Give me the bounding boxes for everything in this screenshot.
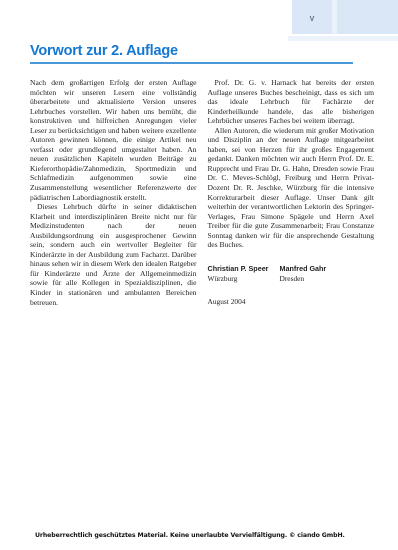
- signature-city: Würzburg: [208, 274, 280, 284]
- header-box-divider: [332, 0, 337, 34]
- signature-name: Manfred Gahr: [280, 264, 352, 274]
- book-page: V Vorwort zur 2. Auflage Nach dem großar…: [0, 0, 398, 550]
- signature: Christian P. Speer Würzburg: [208, 264, 280, 284]
- paragraph: Allen Autoren, die wiederum mit großer M…: [208, 126, 375, 250]
- date: August 2004: [208, 297, 375, 306]
- signature: Manfred Gahr Dresden: [280, 264, 352, 284]
- header-strip: [288, 36, 398, 41]
- right-column: Prof. Dr. G. v. Harnack hat bereits der …: [208, 78, 375, 307]
- paragraph: Dieses Lehrbuch dürfte in seiner didakti…: [30, 202, 197, 307]
- signature-name: Christian P. Speer: [208, 264, 280, 274]
- paragraph: Prof. Dr. G. v. Harnack hat bereits der …: [208, 78, 375, 126]
- paragraph: Nach dem großartigen Erfolg der ersten A…: [30, 78, 197, 202]
- copyright-notice: Urheberrechtlich geschütztes Material. K…: [35, 532, 345, 539]
- signature-block: Christian P. Speer Würzburg Manfred Gahr…: [208, 264, 375, 284]
- left-column: Nach dem großartigen Erfolg der ersten A…: [30, 78, 197, 307]
- title-rule: [30, 62, 353, 64]
- page-number: V: [292, 16, 332, 23]
- page-number-box: V: [292, 0, 398, 34]
- body-columns: Nach dem großartigen Erfolg der ersten A…: [30, 78, 374, 307]
- signature-city: Dresden: [280, 274, 352, 284]
- page-title: Vorwort zur 2. Auflage: [30, 43, 178, 59]
